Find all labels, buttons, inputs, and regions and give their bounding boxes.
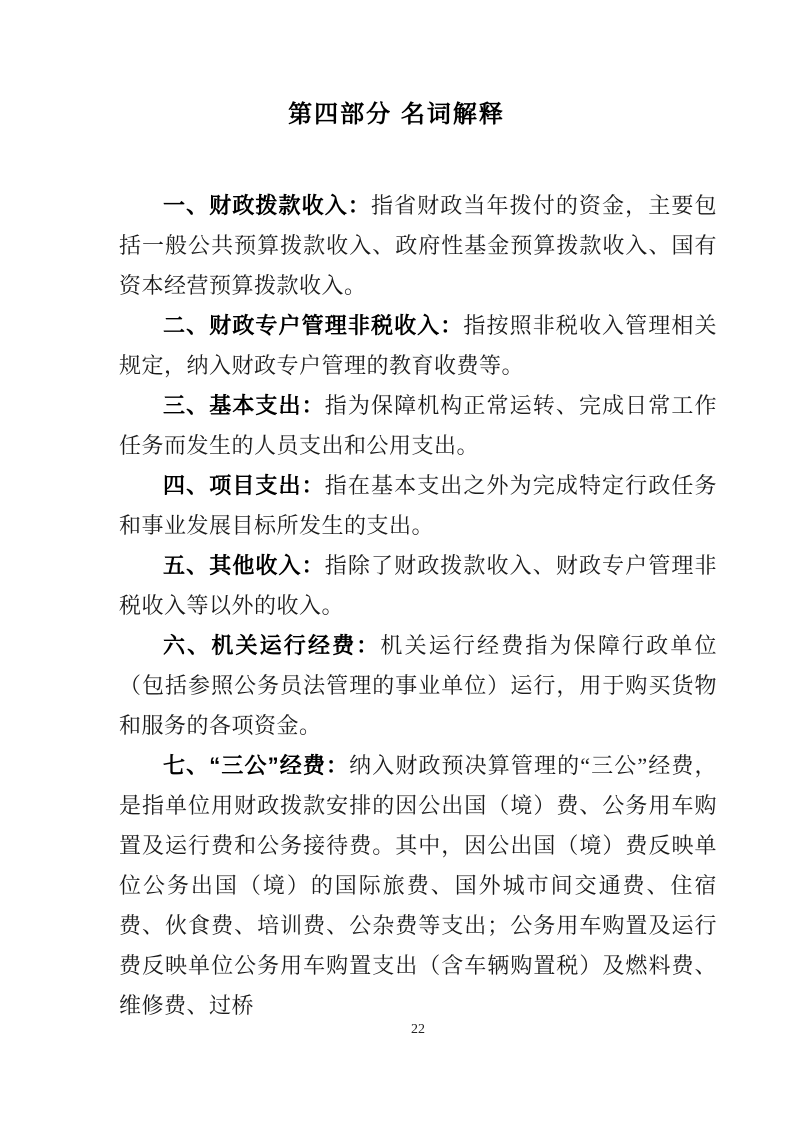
term-label: 一、财政拨款收入： <box>163 193 371 218</box>
term-label: 三、基本支出： <box>163 393 325 418</box>
section-title: 第四部分 名词解释 <box>0 98 793 132</box>
term-label: 五、其他收入： <box>163 553 325 578</box>
term-label: 二、财政专户管理非税收入： <box>163 313 463 338</box>
definition-paragraph-3: 三、基本支出：指为保障机构正常运转、完成日常工作任务而发生的人员支出和公用支出。 <box>119 386 717 466</box>
definition-paragraph-2: 二、财政专户管理非税收入：指按照非税收入管理相关规定，纳入财政专户管理的教育收费… <box>119 306 717 386</box>
definition-paragraph-7: 七、“三公”经费：纳入财政预决算管理的“三公”经费，是指单位用财政拨款安排的因公… <box>119 746 717 1026</box>
definition-paragraph-4: 四、项目支出：指在基本支出之外为完成特定行政任务和事业发展目标所发生的支出。 <box>119 466 717 546</box>
term-label: 七、“三公”经费： <box>163 753 349 778</box>
definition-paragraph-1: 一、财政拨款收入：指省财政当年拨付的资金，主要包括一般公共预算拨款收入、政府性基… <box>119 186 717 306</box>
definition-paragraph-6: 六、机关运行经费：机关运行经费指为保障行政单位（包括参照公务员法管理的事业单位）… <box>119 626 717 746</box>
term-label: 六、机关运行经费： <box>163 633 380 658</box>
document-page: 第四部分 名词解释 一、财政拨款收入：指省财政当年拨付的资金，主要包括一般公共预… <box>0 0 793 1122</box>
definition-text: 纳入财政预决算管理的“三公”经费，是指单位用财政拨款安排的因公出国（境）费、公务… <box>119 753 717 1018</box>
page-number: 22 <box>119 1022 717 1038</box>
definition-paragraph-5: 五、其他收入：指除了财政拨款收入、财政专户管理非税收入等以外的收入。 <box>119 546 717 626</box>
term-label: 四、项目支出： <box>163 473 325 498</box>
document-body: 一、财政拨款收入：指省财政当年拨付的资金，主要包括一般公共预算拨款收入、政府性基… <box>119 186 717 1026</box>
